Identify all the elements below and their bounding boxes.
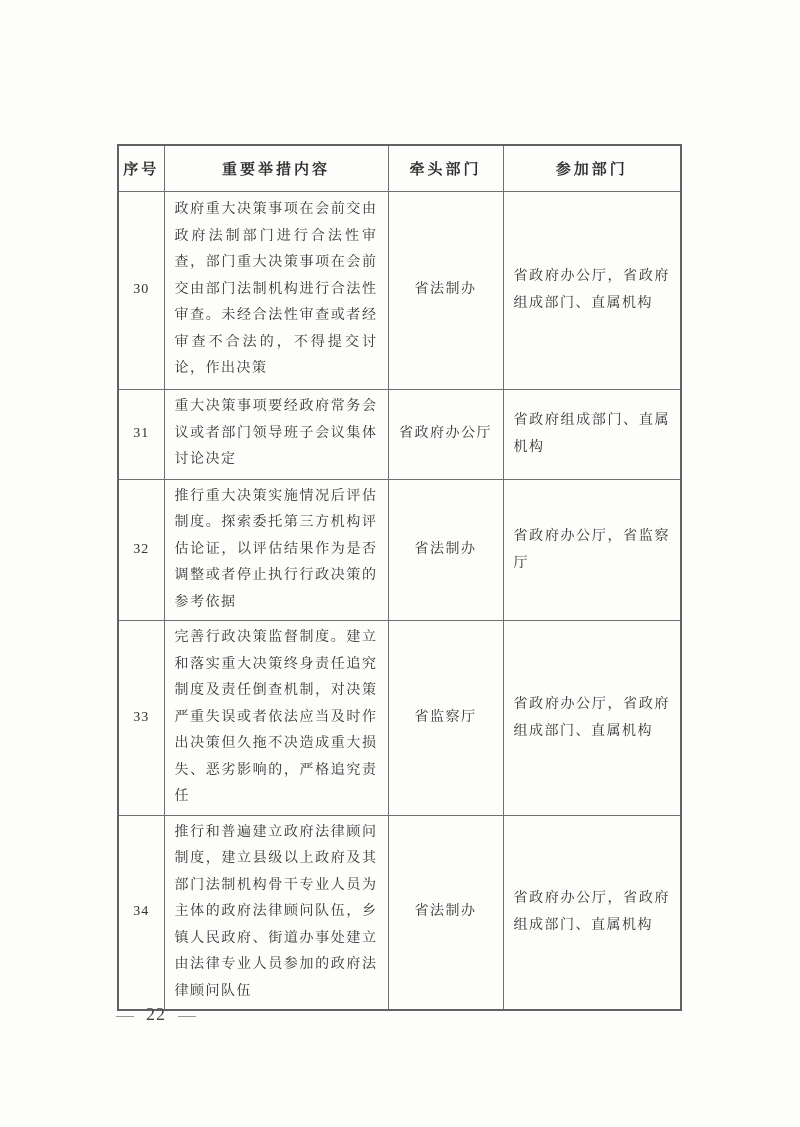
column-header-participating-departments: 参加部门	[503, 145, 681, 191]
footer-dash-right: —	[178, 1006, 196, 1024]
lead-department: 省政府办公厅	[388, 389, 503, 479]
column-header-measure-content: 重要举措内容	[164, 145, 388, 191]
measure-content: 政府重大决策事项在会前交由政府法制部门进行合法性审查，部门重大决策事项在会前交由…	[164, 191, 388, 389]
lead-department: 省法制办	[388, 815, 503, 1010]
page-footer: — 22 —	[116, 1004, 196, 1025]
table-row: 30 政府重大决策事项在会前交由政府法制部门进行合法性审查，部门重大决策事项在会…	[118, 191, 681, 389]
table-row: 31 重大决策事项要经政府常务会议或者部门领导班子会议集体讨论决定 省政府办公厅…	[118, 389, 681, 479]
measure-content: 推行和普遍建立政府法律顾问制度，建立县级以上政府及其部门法制机构骨干专业人员为主…	[164, 815, 388, 1010]
measures-table: 序号 重要举措内容 牵头部门 参加部门 30 政府重大决策事项在会前交由政府法制…	[117, 144, 682, 1011]
table-header: 序号 重要举措内容 牵头部门 参加部门	[118, 145, 681, 191]
row-number: 31	[118, 389, 164, 479]
page-number: 22	[146, 1004, 166, 1025]
participating-departments: 省政府办公厅，省政府组成部门、直属机构	[503, 621, 681, 816]
measure-content: 推行重大决策实施情况后评估制度。探索委托第三方机构评估论证，以评估结果作为是否调…	[164, 479, 388, 621]
measure-content: 重大决策事项要经政府常务会议或者部门领导班子会议集体讨论决定	[164, 389, 388, 479]
footer-dash-left: —	[116, 1006, 134, 1024]
lead-department: 省法制办	[388, 479, 503, 621]
row-number: 32	[118, 479, 164, 621]
table-body: 30 政府重大决策事项在会前交由政府法制部门进行合法性审查，部门重大决策事项在会…	[118, 191, 681, 1010]
table-row: 33 完善行政决策监督制度。建立和落实重大决策终身责任追究制度及责任倒查机制，对…	[118, 621, 681, 816]
column-header-index: 序号	[118, 145, 164, 191]
participating-departments: 省政府办公厅，省政府组成部门、直属机构	[503, 191, 681, 389]
participating-departments: 省政府办公厅，省监察厅	[503, 479, 681, 621]
participating-departments: 省政府办公厅，省政府组成部门、直属机构	[503, 815, 681, 1010]
lead-department: 省监察厅	[388, 621, 503, 816]
measure-content: 完善行政决策监督制度。建立和落实重大决策终身责任追究制度及责任倒查机制，对决策严…	[164, 621, 388, 816]
column-header-lead-department: 牵头部门	[388, 145, 503, 191]
table-header-row: 序号 重要举措内容 牵头部门 参加部门	[118, 145, 681, 191]
row-number: 33	[118, 621, 164, 816]
table-row: 32 推行重大决策实施情况后评估制度。探索委托第三方机构评估论证，以评估结果作为…	[118, 479, 681, 621]
row-number: 34	[118, 815, 164, 1010]
row-number: 30	[118, 191, 164, 389]
participating-departments: 省政府组成部门、直属机构	[503, 389, 681, 479]
lead-department: 省法制办	[388, 191, 503, 389]
table-row: 34 推行和普遍建立政府法律顾问制度，建立县级以上政府及其部门法制机构骨干专业人…	[118, 815, 681, 1010]
